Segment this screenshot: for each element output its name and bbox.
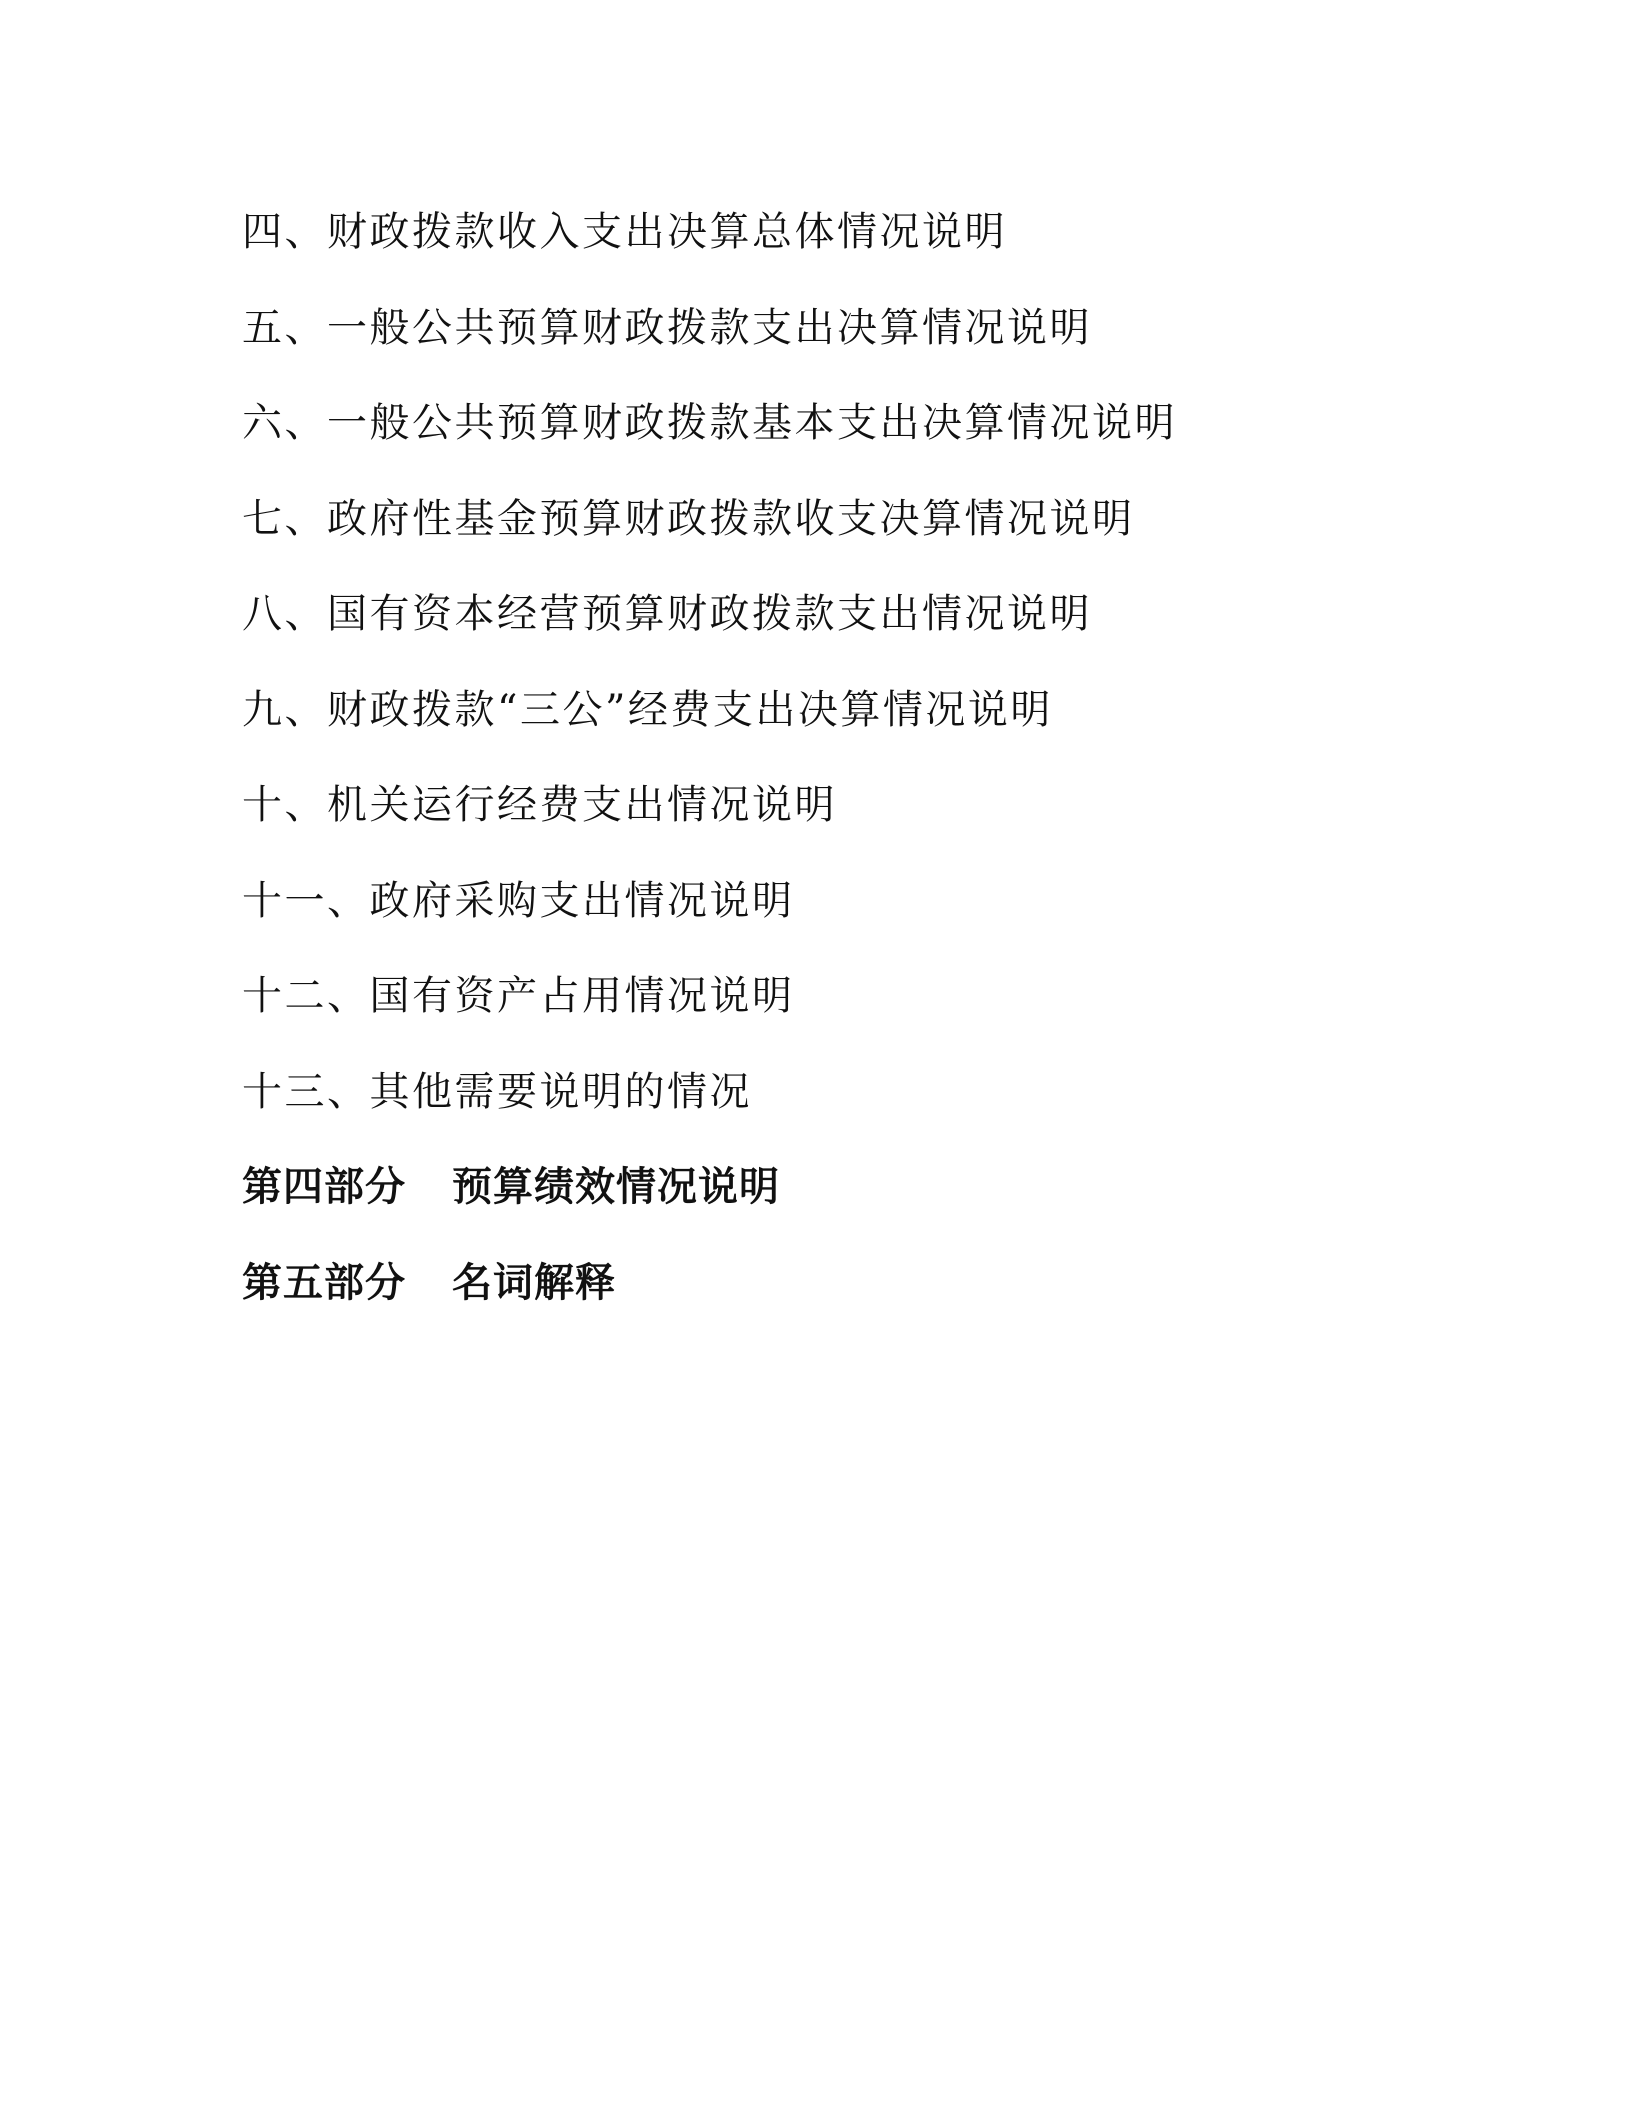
part-title: 预算绩效情况说明 [452, 1163, 780, 1210]
toc-item-section-5: 五、一般公共预算财政拨款支出决算情况说明 [242, 296, 1177, 392]
toc-item-section-10: 十、机关运行经费支出情况说明 [242, 773, 1177, 869]
toc-item-section-4: 四、财政拨款收入支出决算总体情况说明 [242, 200, 1177, 296]
toc-item-section-12: 十二、国有资产占用情况说明 [242, 964, 1177, 1060]
toc-item-section-6: 六、一般公共预算财政拨款基本支出决算情况说明 [242, 391, 1177, 487]
toc-item-section-11: 十一、政府采购支出情况说明 [242, 869, 1177, 965]
document-page: 四、财政拨款收入支出决算总体情况说明 五、一般公共预算财政拨款支出决算情况说明 … [0, 0, 1632, 2112]
toc-part-4: 第四部分预算绩效情况说明 [242, 1155, 1177, 1251]
part-number-label: 第四部分 [242, 1155, 406, 1219]
toc-item-section-7: 七、政府性基金预算财政拨款收支决算情况说明 [242, 487, 1177, 583]
toc-item-section-8: 八、国有资本经营预算财政拨款支出情况说明 [242, 582, 1177, 678]
toc-item-section-9: 九、财政拨款“三公”经费支出决算情况说明 [242, 678, 1177, 774]
toc-part-5: 第五部分名词解释 [242, 1251, 1177, 1347]
part-title: 名词解释 [452, 1259, 616, 1306]
table-of-contents: 四、财政拨款收入支出决算总体情况说明 五、一般公共预算财政拨款支出决算情况说明 … [242, 200, 1177, 1346]
toc-item-section-13: 十三、其他需要说明的情况 [242, 1060, 1177, 1156]
part-number-label: 第五部分 [242, 1251, 406, 1315]
